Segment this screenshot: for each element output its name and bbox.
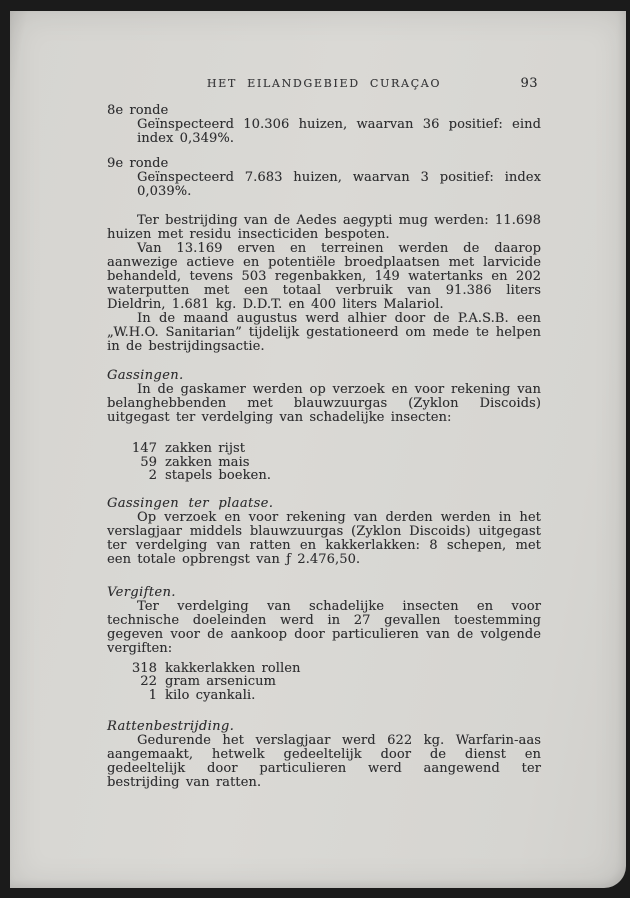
scan-background: { "page": { "header": { "title": "HET EI… bbox=[0, 0, 630, 898]
quantity-item: zakken rijst bbox=[165, 442, 541, 456]
paragraph: Ter verdelging van schadelijke insecten … bbox=[107, 600, 541, 656]
paragraph: Van 13.169 erven en terreinen werden de … bbox=[107, 242, 541, 312]
intro-paragraphs: Ter bestrijding van de Aedes aegypti mug… bbox=[107, 214, 541, 354]
paragraph: Ter bestrijding van de Aedes aegypti mug… bbox=[107, 214, 541, 242]
inspection-round: 9e ronde Geïnspecteerd 7.683 huizen, waa… bbox=[107, 157, 541, 199]
paragraph: In de maand augustus werd alhier door de… bbox=[107, 312, 541, 354]
quantity-value: 2 bbox=[131, 469, 157, 483]
section-heading-gassingen-ter-plaatse: Gassingen ter plaatse. bbox=[107, 497, 541, 511]
quantity-value: 22 bbox=[131, 675, 157, 689]
quantity-item: kilo cyankali. bbox=[165, 689, 541, 703]
quantity-value: 318 bbox=[131, 662, 157, 676]
round-label: 9e ronde bbox=[107, 157, 541, 171]
quantity-item: kakkerlakken rollen bbox=[165, 662, 541, 676]
quantity-item: stapels boeken. bbox=[165, 469, 541, 483]
quantity-item: gram arsenicum bbox=[165, 675, 541, 689]
round-text: Geïnspecteerd 7.683 huizen, waarvan 3 po… bbox=[137, 171, 541, 199]
round-text: Geïnspecteerd 10.306 huizen, waarvan 36 … bbox=[137, 118, 541, 146]
page-number: 93 bbox=[520, 77, 538, 91]
section-heading-vergiften: Vergiften. bbox=[107, 586, 541, 600]
section-heading-rattenbestrijding: Rattenbestrijding. bbox=[107, 720, 541, 734]
page-content: HET EILANDGEBIED CURAÇAO 93 8e ronde Geï… bbox=[107, 77, 541, 790]
quantity-value: 59 bbox=[131, 456, 157, 470]
quantity-value: 147 bbox=[131, 442, 157, 456]
running-title: HET EILANDGEBIED CURAÇAO bbox=[107, 77, 541, 91]
paragraph: Op verzoek en voor rekening van derden w… bbox=[107, 511, 541, 567]
quantity-value: 1 bbox=[131, 689, 157, 703]
quantity-list: 147 zakken rijst 59 zakken mais 2 stapel… bbox=[131, 442, 541, 483]
page-header: HET EILANDGEBIED CURAÇAO 93 bbox=[107, 77, 541, 91]
document-page: HET EILANDGEBIED CURAÇAO 93 8e ronde Geï… bbox=[10, 11, 626, 888]
quantity-list: 318 kakkerlakken rollen 22 gram arsenicu… bbox=[131, 662, 541, 703]
section-heading-gassingen: Gassingen. bbox=[107, 369, 541, 383]
round-label: 8e ronde bbox=[107, 104, 541, 118]
inspection-round: 8e ronde Geïnspecteerd 10.306 huizen, wa… bbox=[107, 104, 541, 146]
paragraph: Gedurende het verslagjaar werd 622 kg. W… bbox=[107, 734, 541, 790]
quantity-item: zakken mais bbox=[165, 456, 541, 470]
paragraph: In de gaskamer werden op verzoek en voor… bbox=[107, 383, 541, 425]
